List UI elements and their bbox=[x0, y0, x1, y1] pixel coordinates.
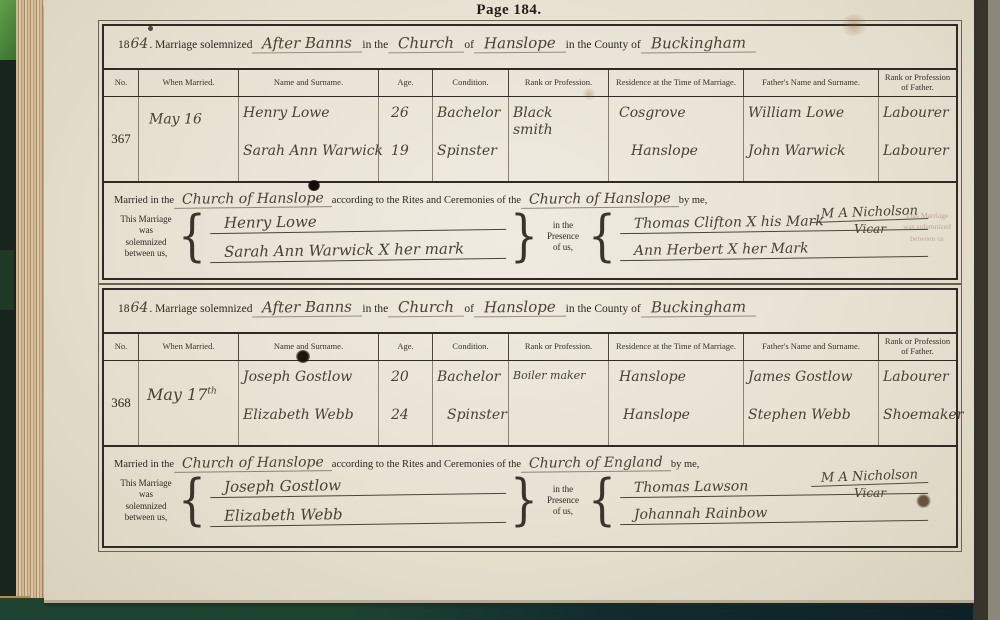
bride-age: 19 bbox=[391, 143, 409, 159]
attestation-section: Married in the Church of Hanslope accord… bbox=[104, 181, 956, 285]
paper-stain bbox=[581, 88, 597, 100]
bride-residence: Hanslope bbox=[623, 407, 690, 423]
witness2-signature: Johannah Rainbow bbox=[620, 503, 928, 525]
year-prefix: 18 bbox=[118, 39, 130, 51]
bride-father: John Warwick bbox=[748, 143, 846, 159]
groom-residence: Cosgrove bbox=[619, 105, 686, 121]
marriage-record-367: 1864. Marriage solemnized After Banns in… bbox=[102, 24, 958, 280]
bride-residence: Hanslope bbox=[631, 143, 698, 159]
open-brace: { bbox=[178, 476, 206, 525]
groom-residence: Hanslope bbox=[619, 369, 686, 385]
close-brace: } bbox=[510, 212, 538, 261]
bride-name: Elizabeth Webb bbox=[243, 407, 354, 423]
record-number: 368 bbox=[104, 361, 139, 445]
header-condition: Condition. bbox=[433, 334, 509, 360]
bride-name: Sarah Ann Warwick bbox=[243, 143, 383, 159]
attestation-section: Married in the Church of Hanslope accord… bbox=[104, 445, 956, 549]
year-prefix: 18 bbox=[118, 303, 130, 315]
paper-stain bbox=[839, 14, 869, 36]
header-no: No. bbox=[104, 334, 139, 360]
witness-signatures: Thomas Clifton X his Mark Ann Herbert X … bbox=[620, 214, 928, 259]
bride-father: Stephen Webb bbox=[748, 407, 851, 423]
ink-blot bbox=[296, 350, 310, 363]
page-edge-outer bbox=[988, 0, 1000, 620]
signatures-row: This Marriagewassolemnizedbetween us, { … bbox=[114, 476, 946, 525]
bride-condition: Spinster bbox=[447, 407, 507, 423]
groom-signature: Henry Lowe bbox=[210, 210, 506, 234]
table-header-row: No. When Married. Name and Surname. Age.… bbox=[104, 332, 956, 361]
header-no: No. bbox=[104, 70, 139, 96]
church-entry: Church bbox=[388, 298, 464, 318]
groom-condition: Bachelor bbox=[437, 369, 500, 385]
presence-label: in thePresenceof us, bbox=[538, 220, 588, 254]
book-cover-green-lower bbox=[0, 250, 14, 310]
bride-signature: Sarah Ann Warwick X her mark bbox=[210, 239, 506, 263]
county-of-label: in the County of bbox=[566, 39, 641, 51]
witness-signatures: Thomas Lawson Johannah Rainbow bbox=[620, 478, 928, 523]
register-page: Page 184. 1864. Marriage solemnized Afte… bbox=[44, 0, 974, 600]
groom-father: James Gostlow bbox=[748, 369, 852, 385]
of-label: of bbox=[464, 39, 474, 51]
table-data-row: 367 May 16 Henry LoweSarah Ann Warwick 2… bbox=[104, 97, 956, 181]
ink-blot bbox=[916, 494, 931, 508]
bride-condition: Spinster bbox=[437, 143, 497, 159]
record-number: 367 bbox=[104, 97, 139, 181]
bride-age: 24 bbox=[391, 407, 409, 423]
year-handwritten: 64 bbox=[130, 36, 150, 52]
this-marriage-label: This Marriagewassolemnizedbetween us, bbox=[114, 478, 178, 523]
header-age: Age. bbox=[379, 70, 433, 96]
according-label: according to the Rites and Ceremonies of… bbox=[332, 195, 521, 206]
solemnized-label: . Marriage solemnized bbox=[149, 39, 252, 51]
bleedthrough-text: This Marriagewas solemnizedbetween us bbox=[896, 210, 958, 244]
witness2-signature: Ann Herbert X her Mark bbox=[620, 239, 928, 261]
groom-father: William Lowe bbox=[748, 105, 844, 121]
this-marriage-label: This Marriagewassolemnizedbetween us, bbox=[114, 214, 178, 259]
header-name-surname: Name and Surname. bbox=[239, 70, 379, 96]
table-header-row: No. When Married. Name and Surname. Age.… bbox=[104, 68, 956, 97]
place-entry: Hanslope bbox=[474, 298, 566, 318]
in-the-label: in the bbox=[362, 303, 388, 315]
header-father-rank: Rank or Profession of Father. bbox=[879, 70, 956, 96]
marriage-record-368: 1864. Marriage solemnized After Banns in… bbox=[102, 288, 958, 548]
in-the-label: in the bbox=[362, 39, 388, 51]
county-entry: Buckingham bbox=[641, 297, 756, 317]
banns-entry: After Banns bbox=[252, 34, 362, 54]
groom-profession: Boiler maker bbox=[513, 369, 585, 382]
header-condition: Condition. bbox=[433, 70, 509, 96]
groom-condition: Bachelor bbox=[437, 105, 500, 121]
place-entry: Hanslope bbox=[474, 34, 566, 54]
witness-brace: { bbox=[588, 476, 616, 525]
according-label: according to the Rites and Ceremonies of… bbox=[332, 459, 521, 470]
page-edge-dark bbox=[973, 0, 988, 620]
bride-father-rank: Shoemaker bbox=[883, 407, 963, 423]
spouse-signatures: Joseph Gostlow Elizabeth Webb bbox=[210, 476, 506, 525]
header-father-name: Father's Name and Surname. bbox=[744, 334, 879, 360]
bride-father-rank: Labourer bbox=[883, 143, 949, 159]
header-rank-profession: Rank or Profession. bbox=[509, 334, 609, 360]
book-cover-bottom bbox=[0, 598, 1000, 620]
page-number: Page 184. bbox=[44, 2, 974, 19]
bride-signature: Elizabeth Webb bbox=[210, 503, 506, 527]
groom-age: 20 bbox=[391, 369, 409, 385]
married-in-label: Married in the bbox=[114, 459, 174, 470]
spouse-signatures: Henry Lowe Sarah Ann Warwick X her mark bbox=[210, 212, 506, 261]
record-title-line: 1864. Marriage solemnized After Banns in… bbox=[104, 290, 956, 332]
of-label: of bbox=[464, 303, 474, 315]
county-entry: Buckingham bbox=[641, 33, 756, 53]
county-of-label: in the County of bbox=[566, 303, 641, 315]
banns-entry: After Banns bbox=[252, 298, 362, 318]
presence-label: in thePresenceof us, bbox=[538, 484, 588, 518]
book-spread: Page 184. 1864. Marriage solemnized Afte… bbox=[0, 0, 1000, 620]
header-when-married: When Married. bbox=[139, 334, 239, 360]
groom-age: 26 bbox=[391, 105, 409, 121]
groom-father-rank: Labourer bbox=[883, 369, 949, 385]
year-handwritten: 64 bbox=[130, 300, 150, 316]
header-age: Age. bbox=[379, 334, 433, 360]
signatures-row: This Marriagewassolemnizedbetween us, { … bbox=[114, 212, 946, 261]
by-me-label: by me, bbox=[671, 459, 700, 470]
by-me-label: by me, bbox=[679, 195, 708, 206]
record-title-line: 1864. Marriage solemnized After Banns in… bbox=[104, 26, 956, 68]
header-father-name: Father's Name and Surname. bbox=[744, 70, 879, 96]
groom-signature: Joseph Gostlow bbox=[210, 474, 506, 498]
groom-father-rank: Labourer bbox=[883, 105, 949, 121]
solemnized-label: . Marriage solemnized bbox=[149, 303, 252, 315]
groom-name: Henry Lowe bbox=[243, 105, 330, 121]
table-data-row: 368 May 17th Joseph GostlowElizabeth Web… bbox=[104, 361, 956, 445]
when-married-entry: May 16 bbox=[149, 111, 202, 128]
witness-brace: { bbox=[588, 212, 616, 261]
header-residence: Residence at the Time of Marriage. bbox=[609, 70, 744, 96]
close-brace: } bbox=[510, 476, 538, 525]
header-when-married: When Married. bbox=[139, 70, 239, 96]
married-in-label: Married in the bbox=[114, 195, 174, 206]
ink-speck bbox=[148, 26, 153, 31]
groom-name: Joseph Gostlow bbox=[243, 369, 352, 385]
ink-blot bbox=[308, 180, 320, 191]
header-father-rank: Rank or Profession of Father. bbox=[879, 334, 956, 360]
when-married-entry: May 17th bbox=[147, 385, 217, 404]
church-entry: Church bbox=[388, 34, 464, 54]
header-residence: Residence at the Time of Marriage. bbox=[609, 334, 744, 360]
open-brace: { bbox=[178, 212, 206, 261]
groom-profession: Black smith bbox=[513, 105, 595, 139]
